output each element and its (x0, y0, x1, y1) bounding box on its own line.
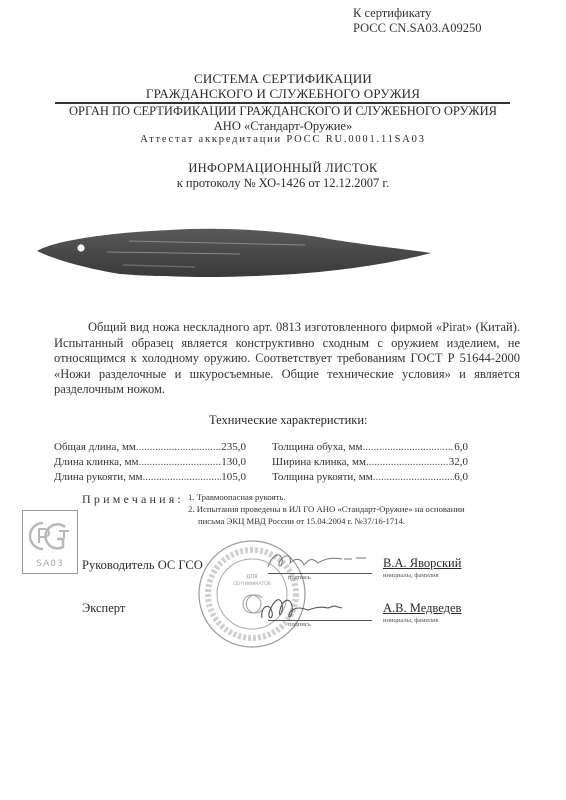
knife-image (35, 220, 435, 295)
spec-row: Общая длина, мм235,0 (54, 440, 246, 455)
description-paragraph: Общий вид ножа нескладного арт. 0813 изг… (54, 320, 520, 398)
note-item-continuation: письма ЭКЦ МВД России от 15.04.2004 г. №… (188, 515, 528, 527)
spec-label: Толщина рукояти, мм (272, 470, 373, 485)
certificate-reference: К сертификату РОСС CN.SA03.A09250 (353, 6, 481, 36)
accreditation-line: Аттестат аккредитации РОСС RU.0001.11SA0… (0, 134, 566, 145)
spec-row: Длина клинка, мм130,0 (54, 455, 246, 470)
spec-value: 105,0 (221, 470, 246, 485)
spec-value: 235,0 (221, 440, 246, 455)
signer-role-expert: Эксперт (82, 601, 125, 616)
svg-text:ДЛЯ: ДЛЯ (246, 574, 257, 580)
organ-title: ОРГАН ПО СЕРТИФИКАЦИИ ГРАЖДАНСКОГО И СЛУ… (0, 104, 566, 119)
spec-row: Ширина клинка, мм32,0 (272, 455, 468, 470)
notes-list: 1. Травмоопасная рукоять. 2. Испытания п… (188, 491, 528, 527)
system-title-line1: СИСТЕМА СЕРТИФИКАЦИИ (0, 71, 566, 87)
note-item: 1. Травмоопасная рукоять. (188, 491, 528, 503)
spec-label: Длина клинка, мм (54, 455, 139, 470)
spec-row: Толщина обуха, мм6,0 (272, 440, 468, 455)
specs-right-column: Толщина обуха, мм6,0 Ширина клинка, мм32… (272, 440, 468, 485)
signer-name-head: В.А. Яворский (383, 556, 461, 571)
mark-code: SA03 (23, 559, 77, 569)
pct-certification-mark: SA03 (22, 510, 78, 574)
spec-label: Толщина обуха, мм (272, 440, 362, 455)
pct-logo-icon (29, 517, 71, 555)
spec-row: Длина рукояти, мм105,0 (54, 470, 246, 485)
signature-caption: подпись (288, 574, 311, 581)
spec-value: 130,0 (221, 455, 246, 470)
protocol-subtitle: к протоколу № ХО-1426 от 12.12.2007 г. (0, 176, 566, 191)
spec-label: Ширина клинка, мм (272, 455, 366, 470)
spec-value: 6,0 (454, 470, 468, 485)
certificate-ref-number: РОСС CN.SA03.A09250 (353, 21, 481, 36)
note-item: 2. Испытания проведены в ИЛ ГО АНО «Стан… (188, 503, 528, 515)
spec-label: Длина рукояти, мм (54, 470, 143, 485)
signature-icon (256, 592, 356, 626)
specs-title: Технические характеристики: (209, 413, 368, 428)
spec-value: 6,0 (454, 440, 468, 455)
signer-role-head: Руководитель ОС ГСО (82, 558, 203, 573)
system-title-line2: ГРАЖДАНСКОГО И СЛУЖЕБНОГО ОРУЖИЯ (0, 86, 566, 102)
organization-name: АНО «Стандарт-Оружие» (0, 119, 566, 134)
page-title: ИНФОРМАЦИОННЫЙ ЛИСТОК (0, 161, 566, 176)
spec-value: 32,0 (449, 455, 468, 470)
certificate-ref-line1: К сертификату (353, 6, 481, 21)
notes-label: Примечания: (82, 492, 184, 507)
spec-row: Толщина рукояти, мм6,0 (272, 470, 468, 485)
specs-left-column: Общая длина, мм235,0 Длина клинка, мм130… (54, 440, 246, 485)
signer-name-expert: А.В. Медведев (383, 601, 461, 616)
name-caption: инициалы, фамилия (383, 572, 439, 579)
signature-icon (262, 545, 372, 575)
svg-text:СЕРТИФИКАТОВ: СЕРТИФИКАТОВ (233, 581, 271, 587)
name-caption: инициалы, фамилия (383, 617, 439, 624)
spec-label: Общая длина, мм (54, 440, 136, 455)
description-text: Общий вид ножа нескладного арт. 0813 изг… (54, 320, 520, 396)
